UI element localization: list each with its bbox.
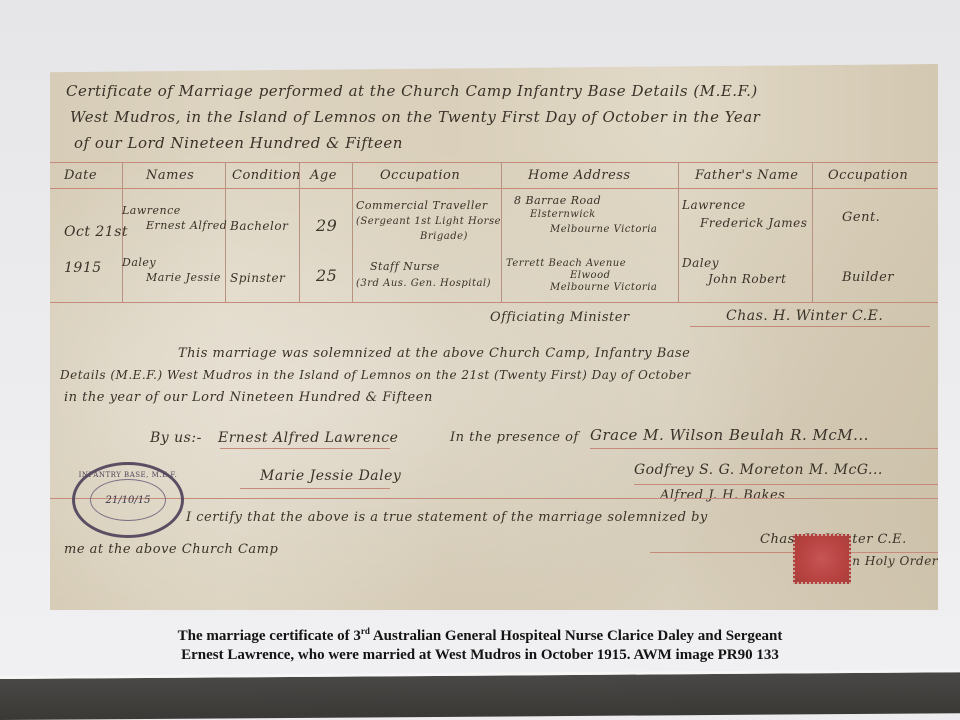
certificate-heading-line-2: West Mudros, in the Island of Lemnos on … — [70, 108, 760, 126]
groom-signature-rule — [220, 448, 390, 449]
caption-line-1: The marriage certificate of 3rd Australi… — [0, 622, 960, 646]
in-the-presence-of-label: In the presence of — [450, 430, 579, 445]
by-us-label: By us:- — [150, 430, 202, 446]
stamp-arc-text: INFANTRY BASE, M.E.F. — [79, 471, 178, 479]
witness-rule-1 — [590, 448, 938, 449]
row1-address-line-3: Melbourne Victoria — [550, 224, 657, 235]
witness-signature-1: Grace M. Wilson Beulah R. McM... — [590, 426, 869, 444]
row2-surname: Daley — [122, 256, 156, 269]
row1-surname: Lawrence — [122, 204, 181, 217]
row1-age: 29 — [316, 216, 337, 235]
caption-line-1-end: Australian General Hospiteal Nurse Clari… — [370, 628, 782, 644]
table-header-rule — [50, 188, 938, 189]
row2-occupation-line-1: Staff Nurse — [370, 260, 440, 273]
row2-given-names: Marie Jessie — [146, 271, 221, 284]
solemnized-statement-line-1: This marriage was solemnized at the abov… — [178, 346, 690, 361]
column-header-occupation: Occupation — [380, 168, 460, 183]
row2-father-surname: Daley — [682, 256, 719, 270]
table-column-divider — [225, 162, 226, 302]
row1-address-line-1: 8 Barrae Road — [514, 194, 601, 207]
column-header-names: Names — [146, 168, 194, 183]
row2-date: 1915 — [64, 260, 102, 276]
row1-address-line-2: Elsternwick — [530, 209, 596, 220]
bride-signature-rule — [240, 488, 390, 489]
column-header-date: Date — [64, 168, 97, 183]
witness-signature-3: Alfred J. H. Bakes — [660, 488, 785, 503]
row1-occupation-line-3: Brigade) — [420, 231, 468, 242]
infantry-base-stamp: INFANTRY BASE, M.E.F. 21/10/15 — [72, 462, 184, 538]
column-header-age: Age — [310, 168, 337, 183]
stamp-date: 21/10/15 — [90, 479, 166, 521]
certificate-heading-line-1: Certificate of Marriage performed at the… — [66, 82, 758, 100]
solemnized-statement-line-3: in the year of our Lord Nineteen Hundred… — [64, 390, 433, 405]
column-header-condition: Condition — [232, 168, 301, 183]
groom-signature: Ernest Alfred Lawrence — [218, 430, 398, 446]
officiating-minister-name: Chas. H. Winter C.E. — [726, 308, 883, 324]
column-header-home-address: Home Address — [528, 168, 631, 183]
certification-line-2: me at the above Church Camp — [64, 542, 278, 557]
table-column-divider — [352, 162, 353, 302]
table-top-rule — [50, 162, 938, 163]
row2-address-line-1: Terrett Beach Avenue — [506, 258, 626, 269]
row2-father-given-names: John Robert — [708, 272, 786, 286]
table-column-divider — [678, 162, 679, 302]
row1-father-given-names: Frederick James — [700, 216, 807, 230]
row2-condition: Spinster — [230, 271, 285, 285]
solemnized-statement-line-2: Details (M.E.F.) West Mudros in the Isla… — [60, 368, 691, 382]
caption-line-2: Ernest Lawrence, who were married at Wes… — [0, 646, 960, 665]
caption-line-1-start: The marriage certificate of 3 — [178, 628, 361, 644]
officiating-minister-rule — [690, 326, 930, 327]
witness-signature-2: Godfrey S. G. Moreton M. McG... — [634, 462, 883, 478]
row1-occupation-line-1: Commercial Traveller — [356, 199, 488, 212]
certificate-heading-line-3: of our Lord Nineteen Hundred & Fifteen — [74, 134, 403, 152]
row1-occupation-line-2: (Sergeant 1st Light Horse — [356, 216, 501, 227]
certification-line-1: I certify that the above is a true state… — [186, 510, 708, 525]
table-column-divider — [299, 162, 300, 302]
bride-signature: Marie Jessie Daley — [260, 468, 401, 484]
table-column-divider — [812, 162, 813, 302]
row2-occupation-line-2: (3rd Aus. Gen. Hospital) — [356, 278, 491, 289]
row1-father-occupation: Gent. — [842, 210, 880, 225]
column-header-father-occupation: Occupation — [828, 168, 908, 183]
table-column-divider — [501, 162, 502, 302]
marriage-certificate: Certificate of Marriage performed at the… — [50, 64, 938, 610]
row1-given-names: Ernest Alfred — [146, 219, 227, 232]
table-bottom-rule — [50, 302, 938, 303]
officiating-minister-label: Officiating Minister — [490, 310, 630, 325]
row2-age: 25 — [316, 266, 337, 285]
caption-ordinal-suffix: rd — [361, 626, 370, 636]
row2-address-line-3: Melbourne Victoria — [550, 282, 657, 293]
row2-father-occupation: Builder — [842, 270, 894, 285]
column-header-fathers-name: Father's Name — [695, 168, 798, 183]
caption: The marriage certificate of 3rd Australi… — [0, 622, 960, 665]
row1-condition: Bachelor — [230, 219, 288, 233]
row2-address-line-2: Elwood — [570, 270, 611, 281]
frame-edge — [0, 669, 960, 720]
revenue-stamp-icon — [793, 534, 851, 584]
row1-father-surname: Lawrence — [682, 198, 746, 212]
row1-date: Oct 21st — [64, 224, 128, 240]
witness-rule-2 — [634, 484, 938, 485]
